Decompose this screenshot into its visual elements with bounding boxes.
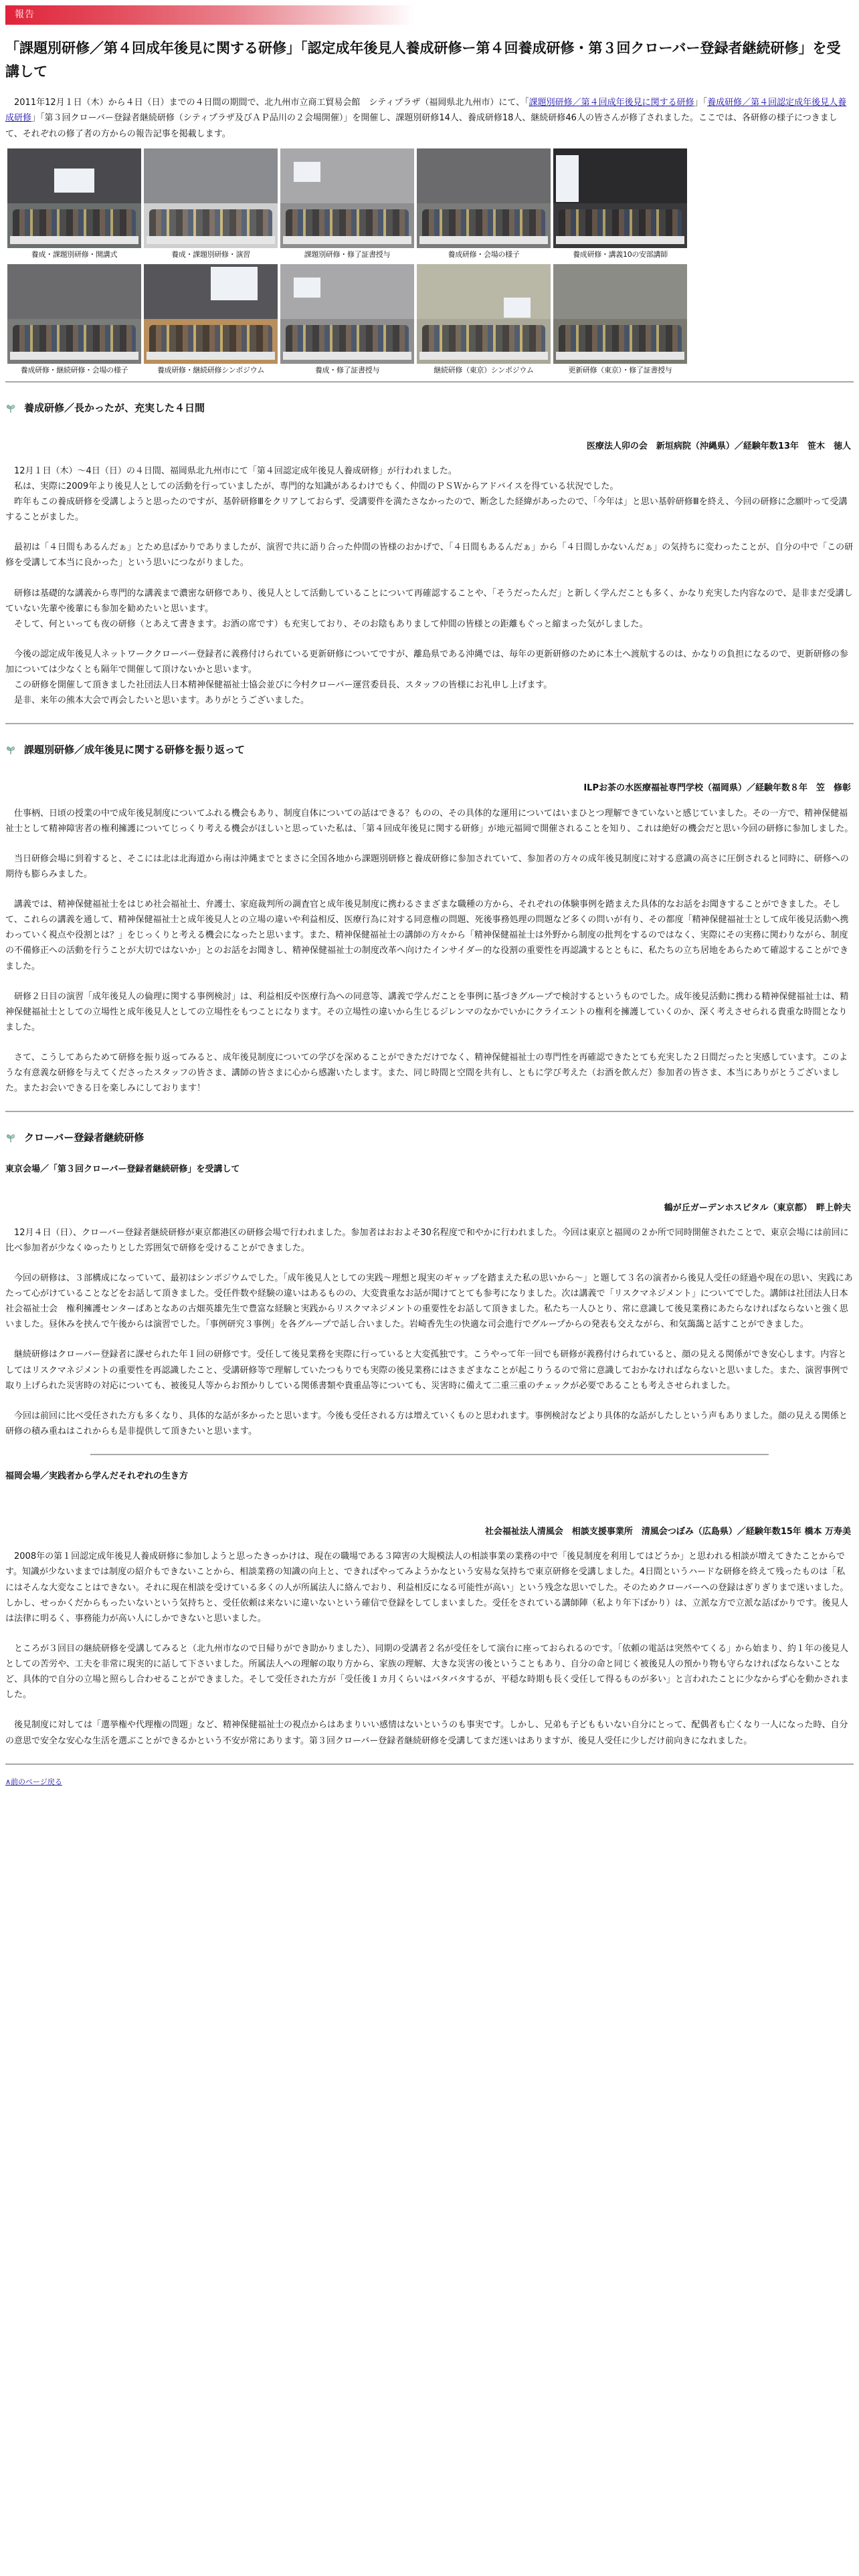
body-paragraph: そして、何といっても夜の研修（とあえて書きます。お酒の席です）も充実しており、そ… [5, 617, 854, 632]
paragraph-group: 2008年の第１回認定成年後見人養成研修に参加しようと思ったきっかけは、現在の職… [5, 1549, 854, 1626]
body-paragraph: 仕事柄、日頃の授業の中で成年後見制度についてふれる機会もあり、制度自体についての… [5, 806, 854, 837]
training-photo [553, 148, 687, 248]
body-paragraph: 継続研修はクローバー登録者に課せられた年１回の研修です。受任して後見業務を実際に… [5, 1347, 854, 1393]
training-photo [280, 148, 414, 248]
page-title: 「課題別研修／第４回成年後見に関する研修」「認定成年後見人養成研修ー第４回養成研… [5, 37, 854, 83]
body-paragraph: 是非、来年の熊本大会で再会したいと思います。ありがとうございました。 [5, 693, 854, 708]
training-photo [144, 264, 278, 364]
paragraph-group: 最初は「４日間もあるんだぁ」とため息ばかりでありましたが、演習で共に語り合った仲… [5, 540, 854, 570]
body-paragraph: 講義では、精神保健福祉士をはじめ社会福祉士、弁護士、家庭裁判所の調査官と成年後見… [5, 897, 854, 974]
photo-gallery: 養成・課題別研修・開講式養成・課題別研修・演習課題別研修・修了証書授与養成研修・… [5, 148, 694, 377]
photo-caption: 課題別研修・修了証書授与 [280, 248, 414, 261]
photo-caption: 更新研修（東京）・修了証書授与 [553, 364, 687, 377]
author-fukuoka: 社会福祉法人清風会 相談支援事業所 清風会つぼみ（広島県）／経験年数15年 橋本… [5, 1524, 854, 1539]
tokyo-subheading: 東京会場／「第３回クローバー登録者継続研修」を受講して [5, 1162, 854, 1177]
training-photo [553, 264, 687, 364]
section-heading-text: 養成研修／長かったが、充実した４日間 [24, 400, 205, 416]
body-paragraph: 今回の研修は、３部構成になっていて、最初はシンポジウムでした。「成年後見人として… [5, 1271, 854, 1333]
divider [5, 1763, 854, 1765]
photo-caption: 養成研修・継続研修・会場の様子 [7, 364, 141, 377]
body-paragraph: 当日研修会場に到着すると、そこには北は北海道から南は沖縄までとまさに全国各地から… [5, 851, 854, 882]
training-photo [7, 264, 141, 364]
body-paragraph: 12月１日（木）～4日（日）の４日間、福岡県北九州市にて「第４回認定成年後見人養… [5, 463, 854, 479]
report-banner: 報告 [5, 5, 415, 25]
photo-item: 継続研修（東京）シンポジウム [417, 264, 551, 377]
paragraph-group: 当日研修会場に到着すると、そこには北は北海道から南は沖縄までとまさに全国各地から… [5, 851, 854, 882]
short-divider [90, 1454, 769, 1455]
tokyo-body: 12月４日（日）、クローバー登録者継続研修が東京都港区の研修会場で行われました。… [5, 1225, 854, 1439]
paragraph-group: 研修は基礎的な講義から専門的な講義まで濃密な研修であり、後見人として活動している… [5, 586, 854, 632]
photo-item: 養成研修・継続研修・会場の様子 [7, 264, 141, 377]
divider [5, 723, 854, 724]
photo-item: 更新研修（東京）・修了証書授与 [553, 264, 687, 377]
intro-text-2: 」「 [694, 98, 708, 108]
clover-leaf-icon [5, 1132, 16, 1143]
report-sections: 養成研修／長かったが、充実した４日間医療法人卯の会 新垣病院（沖縄県）／経験年数… [5, 400, 854, 1113]
fukuoka-body: 2008年の第１回認定成年後見人養成研修に参加しようと思ったきっかけは、現在の職… [5, 1549, 854, 1748]
photo-row: 養成研修・継続研修・会場の様子養成研修・継続研修シンポジウム養成・修了証書授与継… [5, 264, 694, 377]
section-heading: 養成研修／長かったが、充実した４日間 [5, 400, 854, 416]
body-paragraph: ところが３回目の継続研修を受講してみると（北九州市なので日帰りができ助かりました… [5, 1641, 854, 1703]
paragraph-group: 12月１日（木）～4日（日）の４日間、福岡県北九州市にて「第４回認定成年後見人養… [5, 463, 854, 526]
body-paragraph: 2008年の第１回認定成年後見人養成研修に参加しようと思ったきっかけは、現在の職… [5, 1549, 854, 1626]
photo-caption: 継続研修（東京）シンポジウム [417, 364, 551, 377]
paragraph-group: 後見制度に対しては「選挙権や代理権の問題」など、精神保健福祉士の視点からはあまり… [5, 1717, 854, 1748]
photo-caption: 養成・修了証書授与 [280, 364, 414, 377]
body-paragraph: 研修２日目の演習「成年後見人の倫理に関する事例検討」は、利益相反や医療行為への同… [5, 989, 854, 1035]
paragraph-group: ところが３回目の継続研修を受講してみると（北九州市なので日帰りができ助かりました… [5, 1641, 854, 1703]
training-photo [144, 148, 278, 248]
photo-item: 養成研修・会場の様子 [417, 148, 551, 261]
paragraph-group: 12月４日（日）、クローバー登録者継続研修が東京都港区の研修会場で行われました。… [5, 1225, 854, 1256]
body-paragraph: 私は、実際に2009年より後見人としての活動を行っていましたが、専門的な知識があ… [5, 479, 854, 494]
author-line: 医療法人卯の会 新垣病院（沖縄県）／経験年数13年 笹木 徳人 [5, 439, 854, 454]
clover-leaf-icon [5, 403, 16, 413]
body-paragraph: 後見制度に対しては「選挙権や代理権の問題」など、精神保健福祉士の視点からはあまり… [5, 1717, 854, 1748]
section-heading-text: クローバー登録者継続研修 [24, 1130, 144, 1146]
divider [5, 1111, 854, 1112]
photo-item: 養成・課題別研修・演習 [144, 148, 278, 261]
paragraph-group: 今回の研修は、３部構成になっていて、最初はシンポジウムでした。「成年後見人として… [5, 1271, 854, 1333]
section-heading: クローバー登録者継続研修 [5, 1130, 854, 1146]
photo-caption: 養成・課題別研修・演習 [144, 248, 278, 261]
photo-item: 養成研修・継続研修シンポジウム [144, 264, 278, 377]
paragraph-group: 継続研修はクローバー登録者に課せられた年１回の研修です。受任して後見業務を実際に… [5, 1347, 854, 1393]
photo-item: 課題別研修・修了証書授与 [280, 148, 414, 261]
intro-text-1: 2011年12月１日（木）から４日（日）までの４日間の期間で、北九州市立商工貿易… [14, 98, 529, 108]
intro-paragraph: 2011年12月１日（木）から４日（日）までの４日間の期間で、北九州市立商工貿易… [5, 95, 854, 141]
training-photo [417, 264, 551, 364]
body-paragraph: 今回は前回に比べ受任された方も多くなり、具体的な話が多かったと思います。今後も受… [5, 1408, 854, 1439]
section-body: 12月１日（木）～4日（日）の４日間、福岡県北九州市にて「第４回認定成年後見人養… [5, 463, 854, 709]
photo-caption: 養成研修・講義10の安部講師 [553, 248, 687, 261]
body-paragraph: 12月４日（日）、クローバー登録者継続研修が東京都港区の研修会場で行われました。… [5, 1225, 854, 1256]
footer-nav: ∧前のページ戻る [5, 1776, 854, 1789]
fukuoka-subheading: 福岡会場／実践者から学んだそれぞれの生き方 [5, 1469, 854, 1484]
training-photo [280, 264, 414, 364]
section-body: 仕事柄、日頃の授業の中で成年後見制度についてふれる機会もあり、制度自体についての… [5, 806, 854, 1097]
paragraph-group: さて、こうしてあらためて研修を振り返ってみると、成年後見制度についての学びを深め… [5, 1050, 854, 1096]
paragraph-group: 研修２日目の演習「成年後見人の倫理に関する事例検討」は、利益相反や医療行為への同… [5, 989, 854, 1035]
body-paragraph: この研修を開催して頂きました社団法人日本精神保健福祉士協会並びに今村クローバー運… [5, 677, 854, 693]
photo-item: 養成・修了証書授与 [280, 264, 414, 377]
page: 報告 「課題別研修／第４回成年後見に関する研修」「認定成年後見人養成研修ー第４回… [0, 0, 859, 1788]
training-photo [417, 148, 551, 248]
paragraph-group: 今回は前回に比べ受任された方も多くなり、具体的な話が多かったと思います。今後も受… [5, 1408, 854, 1439]
body-paragraph: 研修は基礎的な講義から専門的な講義まで濃密な研修であり、後見人として活動している… [5, 586, 854, 617]
divider [5, 381, 854, 383]
photo-caption: 養成研修・会場の様子 [417, 248, 551, 261]
body-paragraph: 昨年もこの養成研修を受講しようと思ったのですが、基幹研修Ⅲをクリアしておらず、受… [5, 494, 854, 525]
banner-label: 報告 [15, 9, 35, 20]
photo-row: 養成・課題別研修・開講式養成・課題別研修・演習課題別研修・修了証書授与養成研修・… [5, 148, 694, 261]
body-paragraph: さて、こうしてあらためて研修を振り返ってみると、成年後見制度についての学びを深め… [5, 1050, 854, 1096]
clover-leaf-icon [5, 744, 16, 755]
photo-item: 養成研修・講義10の安部講師 [553, 148, 687, 261]
section-heading: 課題別研修／成年後見に関する研修を振り返って [5, 742, 854, 758]
photo-item: 養成・課題別研修・開講式 [7, 148, 141, 261]
paragraph-group: 仕事柄、日頃の授業の中で成年後見制度についてふれる機会もあり、制度自体についての… [5, 806, 854, 837]
paragraph-group: 今後の認定成年後見人ネットワーククローバー登録者に義務付けられている更新研修につ… [5, 647, 854, 709]
photo-caption: 養成研修・継続研修シンポジウム [144, 364, 278, 377]
photo-caption: 養成・課題別研修・開講式 [7, 248, 141, 261]
back-to-previous-page-link[interactable]: ∧前のページ戻る [5, 1778, 62, 1786]
training-photo [7, 148, 141, 248]
intro-text-3: 」「第３回クローバー登録者継続研修（シティプラザ及びＡＰ品川の２会場開催）」を開… [5, 113, 838, 138]
author-line: ILPお茶の水医療福祉専門学校（福岡県）／経験年数８年 笠 修彰 [5, 780, 854, 796]
body-paragraph: 最初は「４日間もあるんだぁ」とため息ばかりでありましたが、演習で共に語り合った仲… [5, 540, 854, 570]
body-paragraph: 今後の認定成年後見人ネットワーククローバー登録者に義務付けられている更新研修につ… [5, 647, 854, 677]
section-heading-text: 課題別研修／成年後見に関する研修を振り返って [24, 742, 245, 758]
link-kadaibetsu-kenshu[interactable]: 課題別研修／第４回成年後見に関する研修 [529, 98, 694, 108]
paragraph-group: 講義では、精神保健福祉士をはじめ社会福祉士、弁護士、家庭裁判所の調査官と成年後見… [5, 897, 854, 974]
author-tokyo: 鶴が丘ガーデンホスピタル（東京都） 畔上幹夫 [5, 1200, 854, 1216]
